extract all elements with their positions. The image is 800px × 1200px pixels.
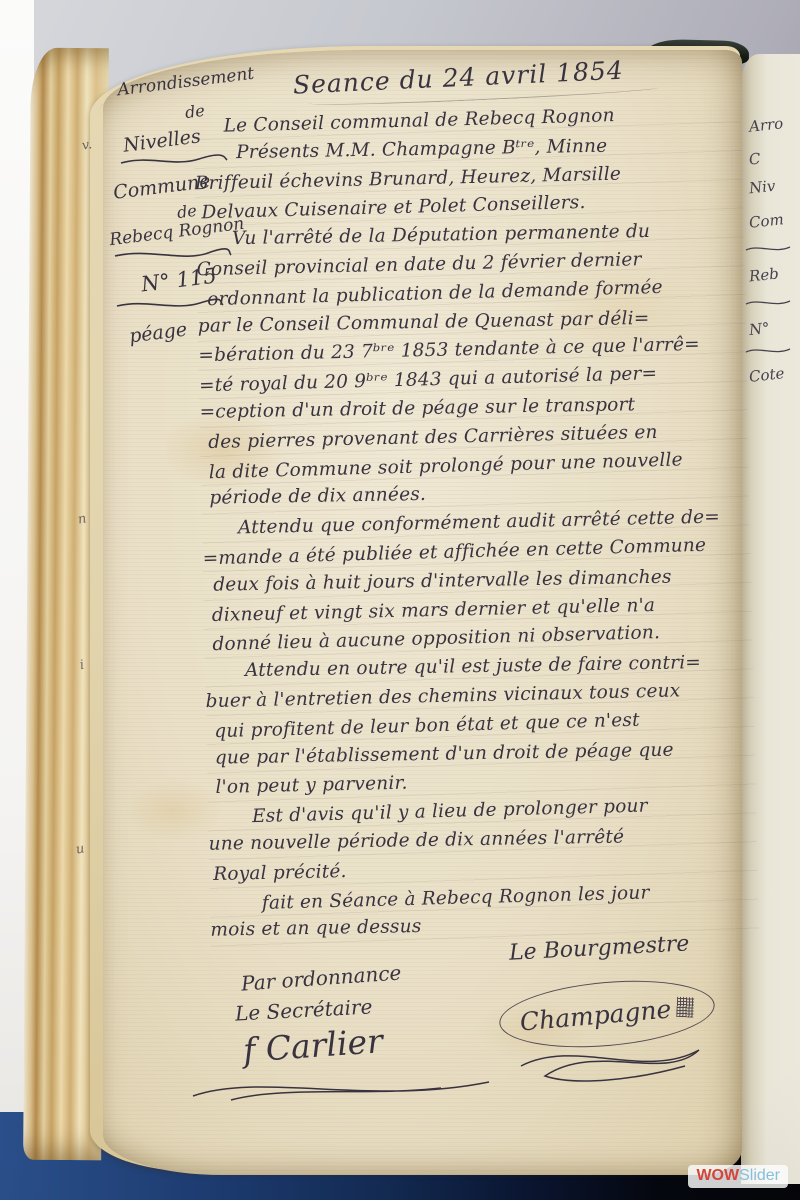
manuscript-body: Le Conseil communal de Rebecq RognonPrés… (193, 100, 758, 946)
page-title: Seance du 24 avril 1854 (292, 53, 673, 108)
wowslider-watermark[interactable]: WOWSlider (688, 1165, 788, 1188)
signature-mayor-name: Champagne (519, 994, 673, 1036)
next-page-text-fragment: N° (748, 319, 770, 339)
next-page-text-fragment: Niv (748, 177, 776, 198)
next-page-text-fragment: Com (748, 210, 784, 232)
signature-clerk-title: Le Secrétaire (234, 994, 372, 1025)
next-page-flourish (745, 298, 791, 308)
signature-clerk-byorder: Par ordonnance (240, 960, 402, 995)
signature-paraphe-hatch (677, 997, 695, 1018)
signature-clerk-flourish (191, 1076, 491, 1106)
next-page-text-fragment: C (748, 149, 761, 168)
watermark-slider: Slider (739, 1167, 780, 1185)
margin-nivelles: Nivelles (122, 125, 202, 156)
manuscript-page: Seance du 24 avril 1854 Arrondissement d… (103, 50, 742, 1175)
signature-mayor-flourish (515, 1036, 705, 1088)
photo-of-manuscript: ArroCNivComRebN°Cote Seance du 24 avril … (0, 0, 800, 1200)
margin-arrondissement: Arrondissement (116, 64, 255, 101)
next-page-flourish (745, 244, 791, 254)
margin-subject: péage (128, 319, 188, 348)
next-page-text-fragment: Reb (748, 264, 779, 285)
watermark-wow: WOW (696, 1167, 739, 1185)
next-page-flourish (745, 346, 791, 356)
next-page-text-fragment: Cote (748, 364, 785, 386)
next-page-text-fragment: Arro (748, 114, 784, 135)
signature-clerk-name: f Carlier (242, 1021, 384, 1070)
